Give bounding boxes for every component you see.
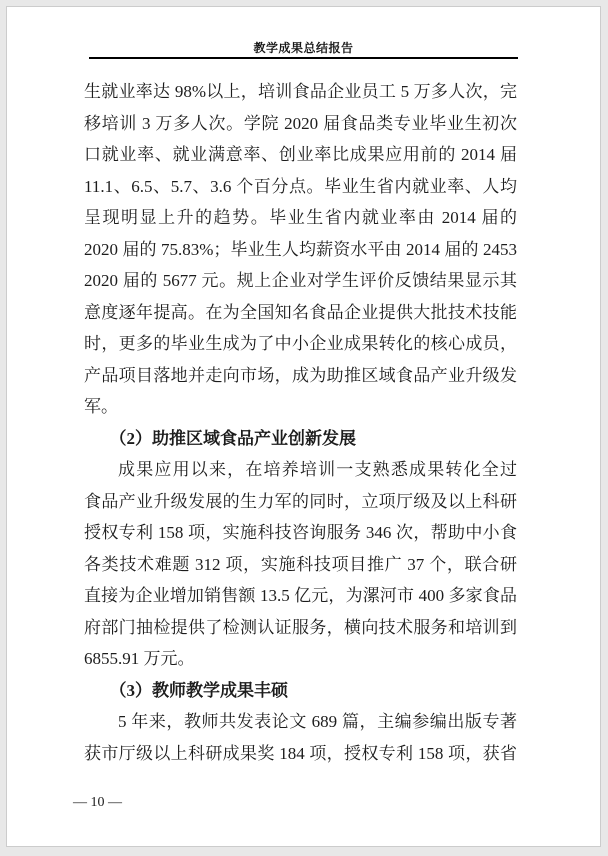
text-line: 2020 届的 75.83%；毕业生人均薪资水平由 2014 届的 2453 元…: [84, 234, 517, 266]
text-line: 呈现明显上升的趋势。毕业生省内就业率由 2014 届的 51.79%上升至: [84, 202, 517, 234]
text-line: 产品项目落地并走向市场，成为助推区域食品产业升级发展的生力: [84, 360, 517, 392]
document-content: 生就业率达 98%以上，培训食品企业员工 5 万多人次，完成劳动力转 移培训 3…: [84, 76, 517, 769]
text-line: 移培训 3 万多人次。学院 2020 届食品类专业毕业生初次就业率、对: [84, 108, 517, 140]
section-heading-3: （3）教师教学成果丰硕: [84, 675, 517, 707]
text-line: 2020 届的 5677 元。规上企业对学生评价反馈结果显示其对学生的满: [84, 265, 517, 297]
text-line: 成果应用以来，在培养培训一支熟悉成果转化全过程，助推区域: [84, 454, 517, 486]
text-line: 食品产业升级发展的生力军的同时，立项厅级及以上科研项目 41 项，: [84, 486, 517, 518]
page-number: — 10 —: [73, 795, 122, 811]
text-line: 直接为企业增加销售额 13.5 亿元，为漯河市 400 多家食品企业和政: [84, 580, 517, 612]
text-line: 授权专利 158 项，实施科技咨询服务 346 次，帮助中小食品企业解决: [84, 517, 517, 549]
text-line: 口就业率、就业满意率、创业率比成果应用前的 2014 届分别提升了: [84, 139, 517, 171]
header-title: 教学成果总结报告: [7, 41, 600, 56]
section-heading-2: （2）助推区域食品产业创新发展: [84, 423, 517, 455]
text-line: 府部门抽检提供了检测认证服务，横向技术服务和培训到账经费: [84, 612, 517, 644]
text-line: 各类技术难题 312 项，实施科技项目推广 37 个，联合研发项目 18 个，: [84, 549, 517, 581]
text-line: 生就业率达 98%以上，培训食品企业员工 5 万多人次，完成劳动力转: [84, 76, 517, 108]
text-line: 军。: [84, 391, 517, 423]
text-line: 时，更多的毕业生成为了中小企业成果转化的核心成员，推动 103 个: [84, 328, 517, 360]
text-line: 获市厅级以上科研成果奖 184 项，授权专利 158 项，获省级以上教学: [84, 738, 517, 770]
text-line: 6855.91 万元。: [84, 643, 517, 675]
document-page: 教学成果总结报告 生就业率达 98%以上，培训食品企业员工 5 万多人次，完成劳…: [6, 6, 601, 847]
text-line: 意度逐年提高。在为全国知名食品企业提供大批技术技能人才的同: [84, 297, 517, 329]
text-line: 11.1、6.5、5.7、3.6 个百分点。毕业生省内就业率、人均薪资水平亦: [84, 171, 517, 203]
text-line: 5 年来，教师共发表论文 689 篇，主编参编出版专著教材 59 部，: [84, 706, 517, 738]
header-rule: [89, 57, 518, 59]
